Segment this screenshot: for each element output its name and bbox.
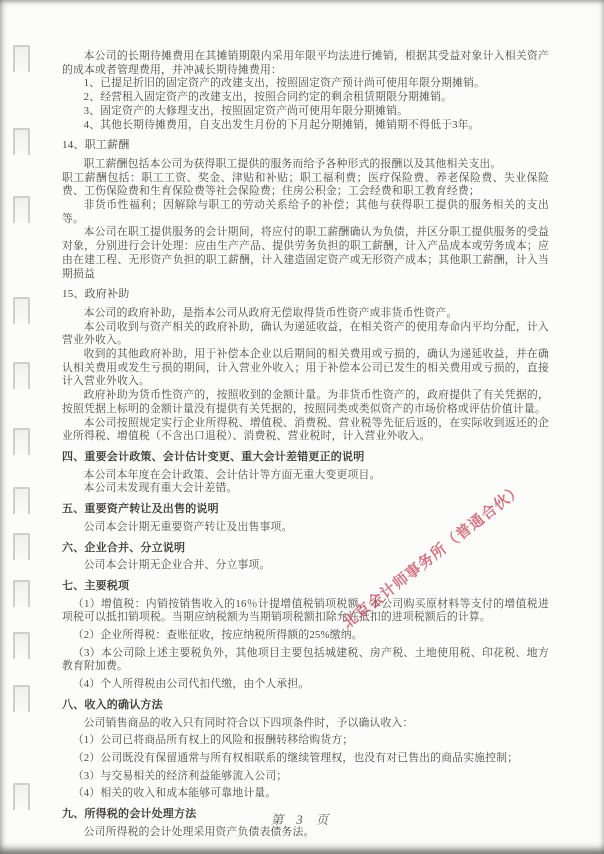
binder-hole-mark — [13, 632, 30, 659]
paragraph: 本公司未发现有重大会计差错。 — [62, 482, 549, 496]
binder-hole-mark — [13, 45, 30, 72]
numbered-sub-heading: 15、政府补助 — [62, 288, 549, 302]
paragraph: 公司本会计期无重要资产转让及出售事项。 — [62, 521, 549, 535]
binder-hole-mark — [13, 685, 30, 712]
numbered-item: （2）公司既没有保留通常与所有权相联系的继续管理权，也没有对已售出的商品实施控制… — [62, 752, 549, 766]
list-item: 1、已提足折旧的固定资产的改建支出，按照固定资产预计尚可使用年限分期摊销。 — [84, 77, 549, 91]
numbered-item: （2）企业所得税：查账征收，按应纳税所得额的25%缴纳。 — [62, 629, 549, 643]
section-heading: 五、重要资产转让及出售的说明 — [62, 503, 549, 517]
page-number: 第 3 页 — [0, 810, 604, 828]
numbered-item: （1）增值税：内销按销售收入的16％计提增值税销项税额，本公司购买原材料等支付的… — [62, 598, 549, 625]
numbered-item: （3）本公司除上述主要税负外，其他项目主要包括城建税、房产税、土地使用税、印花税… — [62, 647, 549, 674]
numbered-item: （3）与交易相关的经济利益能够流入公司； — [62, 770, 549, 784]
binder-hole-mark — [13, 428, 30, 455]
paragraph: 本公司的政府补助，是指本公司从政府无偿取得货币性资产或非货币性资产。 — [62, 307, 549, 321]
binder-hole-mark — [13, 533, 30, 560]
document-body: 本公司的长期待摊费用在其摊销期限内采用年限平均法进行摊销，根据其受益对象计入相关… — [62, 50, 549, 839]
section-heading: 八、收入的确认方法 — [62, 699, 549, 713]
binder-hole-mark — [13, 297, 30, 324]
section-heading: 七、主要税项 — [62, 580, 549, 594]
paragraph: 职工薪酬包括本公司为获得职工提供的服务而给予各种形式的报酬以及其他相关支出。 — [62, 158, 549, 172]
paragraph: 公司本会计期无企业合并、分立事项。 — [62, 559, 549, 573]
binder-hole-mark — [13, 783, 30, 810]
section-heading: 四、重要会计政策、会计估计变更、重大会计差错更正的说明 — [62, 451, 549, 465]
paragraph: 收到的其他政府补助，用于补偿本企业以后期间的相关费用或亏损的，确认为递延收益，并… — [62, 348, 549, 389]
paragraph: 本公司收到与资产相关的政府补助，确认为递延收益，在相关资产的使用寿命内平均分配，… — [62, 321, 549, 348]
numbered-item: （1）公司已将商品所有权上的风险和报酬转移给购货方； — [62, 734, 549, 748]
binder-hole-mark — [13, 362, 30, 389]
paragraph: 本公司按照规定实行企业所得税、增值税、消费税、营业税等先征后返的，在实际收到返还… — [62, 417, 549, 444]
paragraph: 非货币性福利；因解除与职工的劳动关系给予的补偿；其他与获得职工提供的服务相关的支… — [62, 199, 549, 226]
numbered-sub-heading: 14、职工薪酬 — [62, 139, 549, 153]
paragraph-flush: 职工薪酬包括：职工工资、奖金、津贴和补贴；职工福利费；医疗保险费、养老保险费、失… — [62, 172, 549, 199]
list-item: 4、其他长期待摊费用，自支出发生月份的下月起分期摊销，摊销期不得低于3年。 — [84, 119, 549, 133]
list-item: 3、固定资产的大修理支出，按照固定资产尚可使用年限分期摊销。 — [84, 105, 549, 119]
section-heading: 六、企业合并、分立说明 — [62, 542, 549, 556]
binder-hole-mark — [13, 128, 30, 155]
paragraph: 政府补助为货币性资产的，按照收到的金额计量。为非货币性资产的，政府提供了有关凭据… — [62, 389, 549, 416]
binder-hole-mark — [13, 196, 30, 223]
list-item: 2、经营租入固定资产的改建支出，按照合同约定的剩余租赁期限分期摊销。 — [84, 91, 549, 105]
paragraph: 本公司的长期待摊费用在其摊销期限内采用年限平均法进行摊销，根据其受益对象计入相关… — [62, 50, 549, 77]
paragraph: 本公司本年度在会计政策、会计估计等方面无重大变更项目。 — [62, 469, 549, 483]
paragraph: 本公司在职工提供服务的会计期间，将应付的职工薪酬确认为负债，并区分职工提供服务的… — [62, 226, 549, 281]
paragraph: 公司销售商品的收入只有同时符合以下四项条件时，予以确认收入： — [62, 717, 549, 731]
binder-hole-mark — [13, 487, 30, 514]
numbered-item: （4）个人所得税由公司代扣代缴，由个人承担。 — [62, 678, 549, 692]
scanned-page: 本公司的长期待摊费用在其摊销期限内采用年限平均法进行摊销，根据其受益对象计入相关… — [0, 0, 604, 854]
binder-hole-mark — [13, 580, 30, 607]
numbered-item: （4）相关的收入和成本能够可靠地计量。 — [62, 787, 549, 801]
